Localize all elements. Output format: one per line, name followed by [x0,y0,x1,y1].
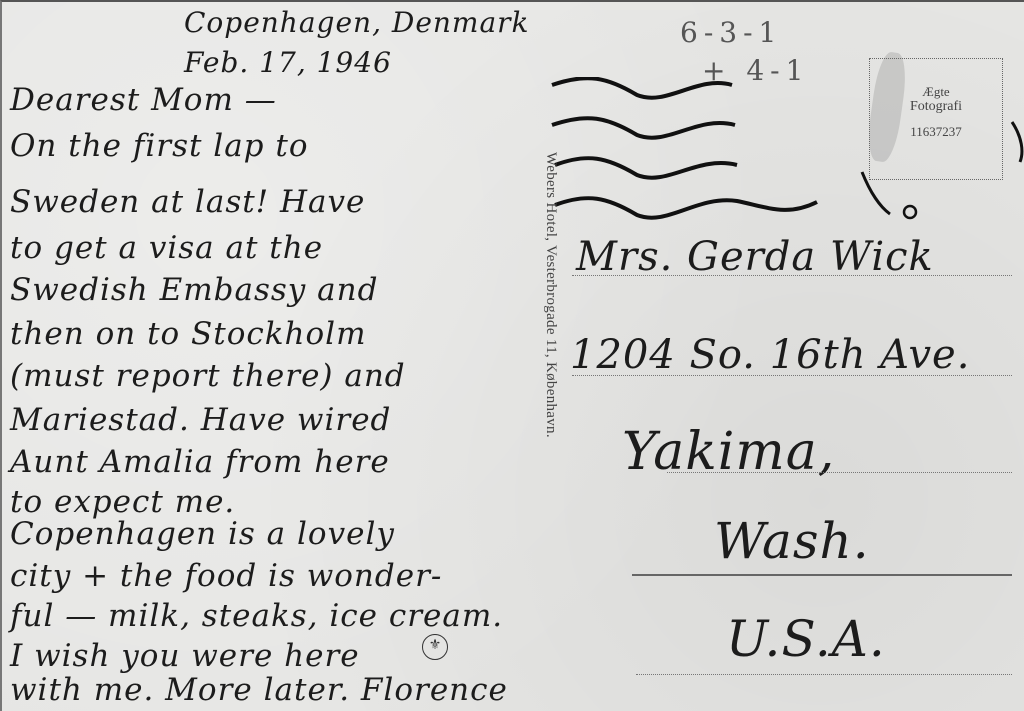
heading-place: Copenhagen, Denmark [184,6,530,39]
message-line: city + the food is wonder- [10,558,442,594]
stamp-box-line1: Ægte [870,85,1002,99]
address-rule [667,472,1012,473]
address-rule [632,574,1012,576]
message-line: Aunt Amalia from here [10,444,390,480]
message-line: On the first lap to [10,128,309,164]
message-line: Sweden at last! Have [10,184,365,220]
message-line: Dearest Mom — [10,82,277,118]
message-line: I wish you were here [10,638,360,674]
message-line: to expect me. [10,484,235,520]
message-line: Copenhagen is a lovely [10,516,395,552]
address-street: 1204 So. 16th Ave. [570,332,970,378]
heading-date: Feb. 17, 1946 [184,46,392,79]
message-line: to get a visa at the [10,230,323,266]
stamp-box-number: 11637237 [870,124,1002,140]
message-line: (must report there) and [10,358,406,394]
message-line: with me. More later. Florence [10,672,508,708]
message-line: Swedish Embassy and [10,272,378,308]
address-state: Wash. [714,512,870,570]
message-line: Mariestad. Have wired [10,402,391,438]
stamp-box: Ægte Fotografi 11637237 [869,58,1003,180]
postmark-cancellation-icon [547,77,827,227]
address-city: Yakima, [622,422,835,482]
address-rule [572,375,1012,376]
message-line: then on to Stockholm [10,316,367,352]
fleur-de-lis-icon: ⚜ [422,634,448,660]
message-line: ful — milk, steaks, ice cream. [10,598,503,634]
pencil-notation-1: 6-3-1 [680,16,782,49]
publisher-imprint: Webers Hotel, Vesterbrogade 11, Københav… [542,152,559,438]
address-rule [636,674,1012,675]
stamp-box-line2: Fotografi [870,99,1002,114]
address-rule [572,275,1012,276]
postcard-back: Copenhagen, Denmark Feb. 17, 1946 Deares… [0,0,1024,711]
address-name: Mrs. Gerda Wick [576,234,934,280]
address-country: U.S.A. [726,610,886,668]
